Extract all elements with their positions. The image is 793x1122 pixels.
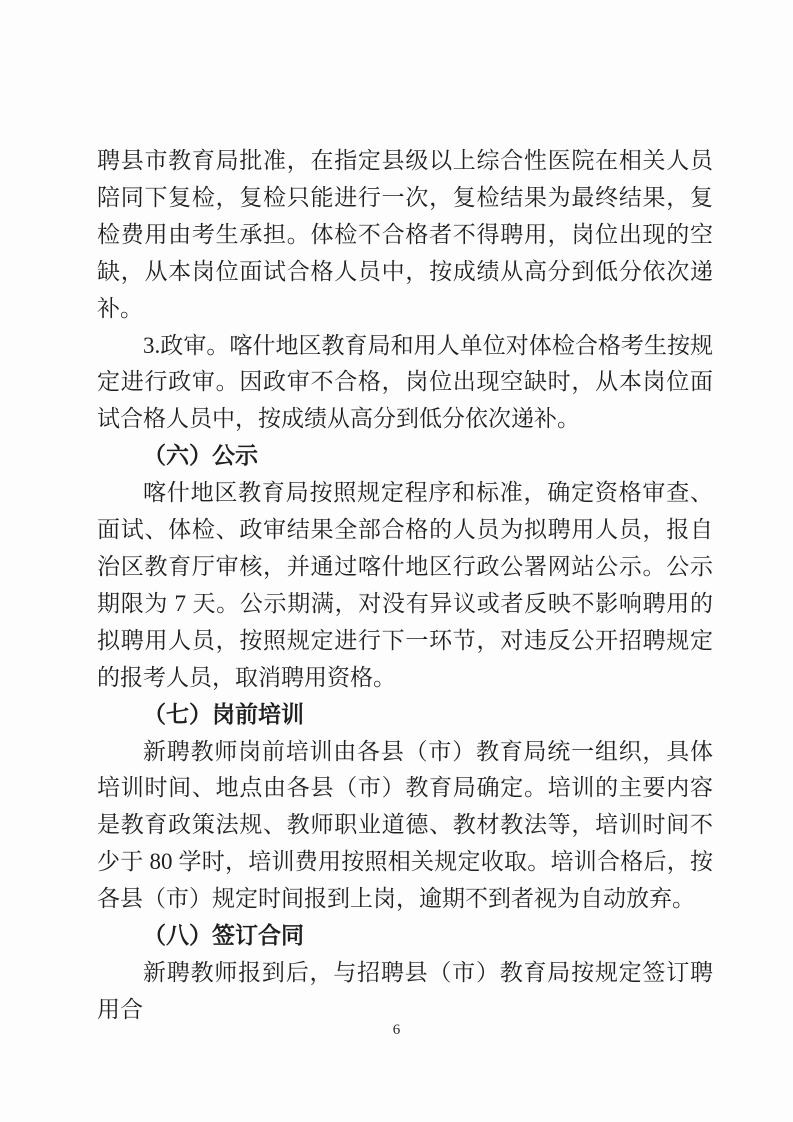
section-heading: （八）签订合同	[97, 918, 713, 955]
section-heading: （六）公示	[97, 438, 713, 475]
paragraph: 喀什地区教育局按照规定程序和标准，确定资格审查、面试、体检、政审结果全部合格的人…	[97, 475, 713, 696]
section-heading: （七）岗前培训	[97, 697, 713, 734]
document-body: 聘县市教育局批准，在指定县级以上综合性医院在相关人员陪同下复检，复检只能进行一次…	[97, 143, 713, 1029]
document-page: 聘县市教育局批准，在指定县级以上综合性医院在相关人员陪同下复检，复检只能进行一次…	[0, 0, 793, 1122]
paragraph: 聘县市教育局批准，在指定县级以上综合性医院在相关人员陪同下复检，复检只能进行一次…	[97, 143, 713, 328]
paragraph: 新聘教师岗前培训由各县（市）教育局统一组织，具体培训时间、地点由各县（市）教育局…	[97, 734, 713, 919]
paragraph: 新聘教师报到后，与招聘县（市）教育局按规定签订聘用合	[97, 955, 713, 1029]
paragraph: 3.政审。喀什地区教育局和用人单位对体检合格考生按规定进行政审。因政审不合格，岗…	[97, 328, 713, 439]
page-number: 6	[0, 1022, 793, 1039]
